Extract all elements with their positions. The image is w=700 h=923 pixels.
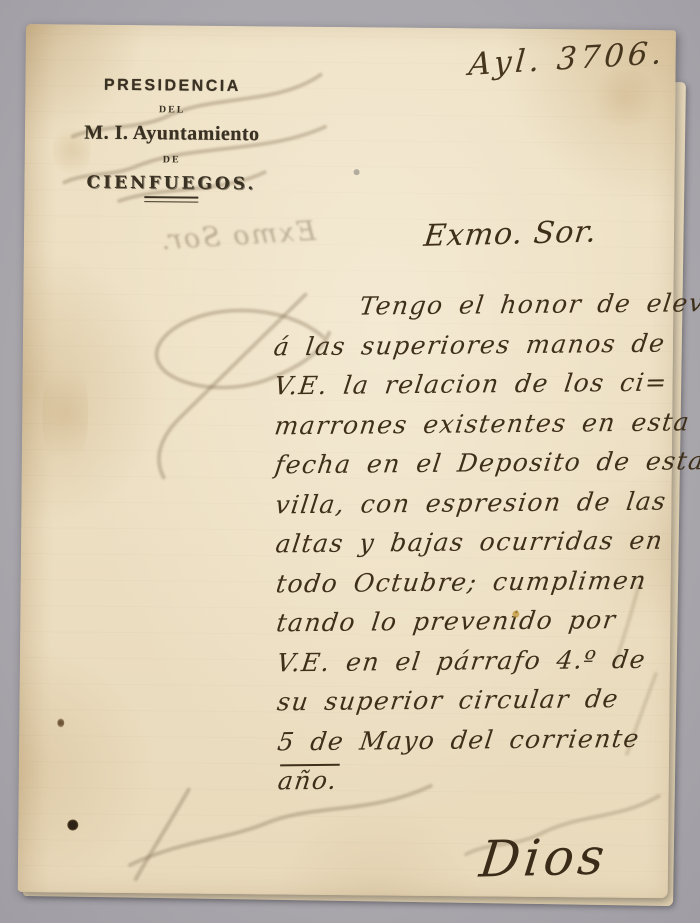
body-line-text: marrones existentes en esta — [273, 407, 692, 440]
letter-body: Tengo el honor de elevar á las superiore… — [273, 288, 690, 805]
body-line: 5 de Mayo del corriente — [278, 723, 690, 766]
letter-page: Exmo Sor. Ayl. 3706. PRESIDENCIA DEL M. … — [18, 24, 676, 898]
body-line: marrones existentes en esta — [275, 407, 687, 450]
closing-word: Dios — [479, 827, 608, 888]
wax-speck — [512, 611, 519, 618]
paper-speck — [354, 169, 360, 175]
body-line: altas y bajas ocurridas en — [276, 525, 688, 568]
salutation: Exmo. Sor. — [424, 214, 598, 253]
bleedthrough-bottom-flourish — [136, 789, 189, 879]
body-line-text: su superior circular de — [275, 684, 620, 716]
body-line-text: á las superiores manos de — [272, 328, 667, 361]
body-line-text: Tengo el honor de elevar — [358, 288, 700, 321]
letterhead-line-de: DE — [63, 153, 281, 166]
body-line: su superior circular de — [277, 683, 689, 726]
body-line-text: altas y bajas ocurridas en — [274, 526, 665, 559]
letterhead-line-presidencia: PRESIDENCIA — [63, 76, 281, 96]
letterhead-line-cienfuegos: CIENFUEGOS. — [62, 172, 280, 194]
body-line-text: 5 de Mayo del corriente — [276, 723, 642, 756]
body-line-text: tando lo prevenido por — [275, 605, 619, 637]
body-line-text: año. — [276, 766, 339, 796]
letterhead-line-ayuntamiento: M. I. Ayuntamiento — [63, 121, 281, 146]
body-line-text: todo Octubre; cumplimen — [274, 565, 649, 598]
letterhead-underline — [144, 196, 198, 203]
body-line: todo Octubre; cumplimen — [276, 565, 688, 608]
body-line-text: V.E. la relacion de los ci= — [272, 368, 669, 401]
body-line: á las superiores manos de — [274, 328, 686, 371]
closing-word-text: Dios — [477, 827, 611, 888]
body-line: Tengo el honor de elevar — [273, 288, 685, 331]
photo-background: Exmo Sor. Ayl. 3706. PRESIDENCIA DEL M. … — [0, 0, 700, 923]
body-line-text: V.E. en el párrafo 4.º de — [275, 644, 648, 677]
letterhead-stamp: PRESIDENCIA DEL M. I. Ayuntamiento DE CI… — [62, 76, 281, 203]
body-line: villa, con espresion de las — [275, 486, 687, 529]
body-line: V.E. la relacion de los ci= — [274, 367, 686, 410]
letterhead-line-del: DEL — [63, 103, 281, 116]
ink-blot — [57, 718, 64, 727]
punch-hole — [67, 819, 78, 830]
body-line: V.E. en el párrafo 4.º de — [277, 644, 689, 687]
body-line-text: fecha en el Deposito de esta — [273, 446, 700, 479]
body-line: año. — [278, 762, 690, 805]
body-line: tando lo prevenido por — [276, 604, 688, 647]
salutation-text: Exmo. Sor. — [422, 214, 599, 253]
body-line-text: villa, con espresion de las — [274, 486, 669, 519]
body-line: fecha en el Deposito de esta — [275, 446, 687, 489]
